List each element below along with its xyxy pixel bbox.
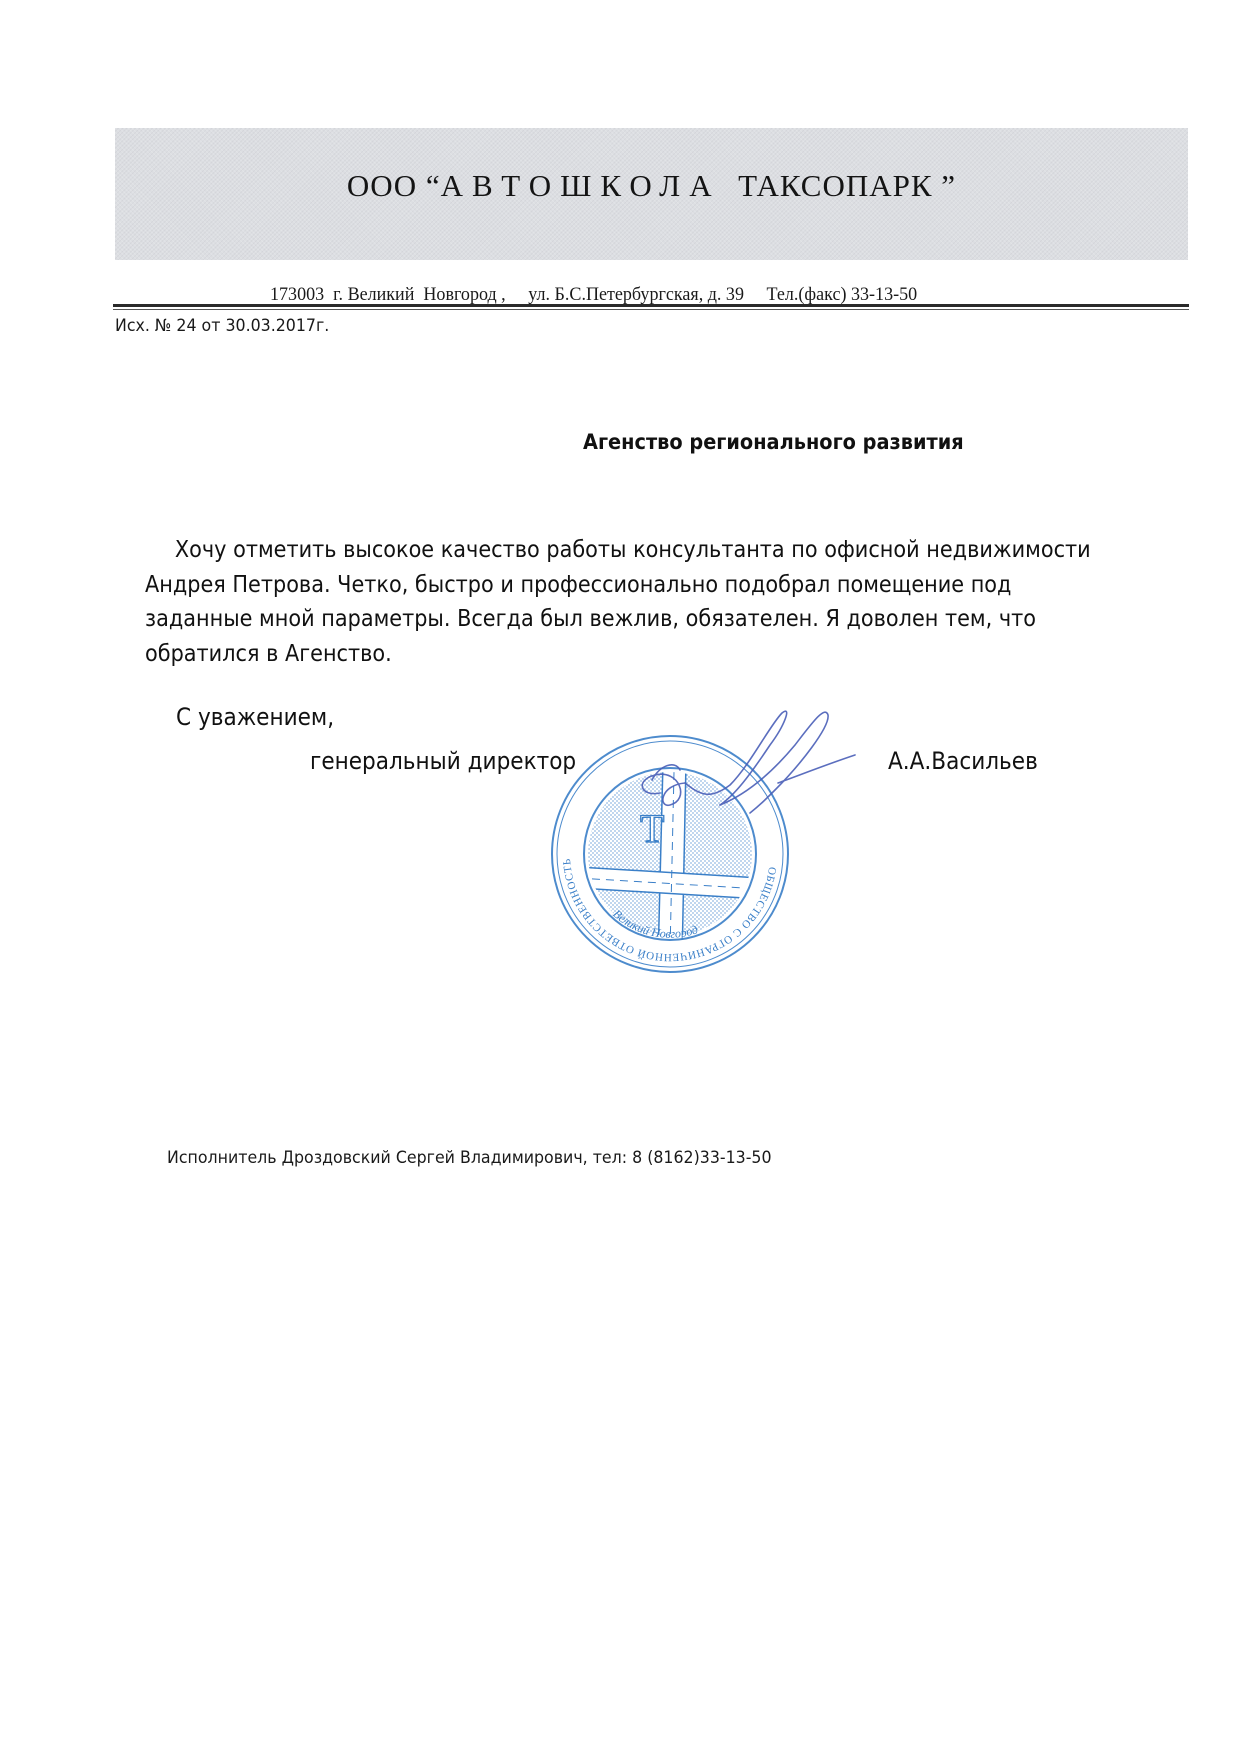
recipient: Агенство регионального развития [583, 430, 964, 454]
company-brand: АВТОШКОЛА [441, 168, 721, 203]
letter-body: Хочу отметить высокое качество работы ко… [145, 533, 1104, 671]
company-prefix: ООО “ [347, 168, 441, 203]
company-address: 173003 г. Великий Новгород , ул. Б.С.Пет… [270, 284, 917, 306]
closing-regards: С уважением, [176, 703, 334, 731]
outgoing-reference: Исх. № 24 от 30.03.2017г. [115, 316, 329, 336]
executor-contact: Исполнитель Дроздовский Сергей Владимиро… [167, 1148, 772, 1168]
letterhead-band: ООО “АВТОШКОЛА ТАКСОПАРК ” [115, 128, 1188, 260]
signatory-name: А.А.Васильев [888, 747, 1038, 775]
signatory-position: генеральный директор [310, 747, 576, 775]
letterhead-rule-thick [113, 304, 1189, 307]
company-name: ООО “АВТОШКОЛА ТАКСОПАРК ” [115, 168, 1188, 204]
body-line: Андрея Петрова. Четко, быстро и професси… [145, 568, 1104, 603]
body-line: обратился в Агенство. [145, 637, 1104, 672]
letterhead-rule-thin [113, 309, 1189, 310]
signature-icon [600, 705, 880, 845]
company-suffix: ТАКСОПАРК ” [721, 168, 956, 203]
body-line: Хочу отметить высокое качество работы ко… [145, 533, 1104, 568]
body-line: заданные мной параметры. Всегда был вежл… [145, 602, 1104, 637]
